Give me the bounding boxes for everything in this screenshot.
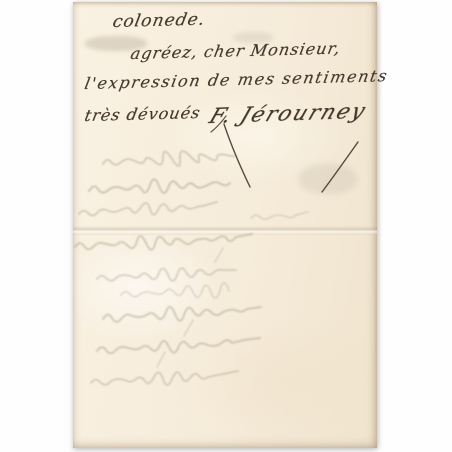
handwriting-line-1: colonede. (111, 10, 207, 32)
bleedthrough-descender (184, 320, 193, 336)
bleedthrough-line (79, 202, 217, 216)
fold-crease (73, 226, 377, 235)
bleedthrough-line (103, 307, 261, 322)
letter-paper: colonede. agréez, cher Monsieur, l'expre… (73, 2, 377, 448)
bleedthrough-line (89, 179, 230, 193)
handwriting-line-2: agréez, cher Monsieur, (129, 39, 342, 63)
bleedthrough-line (75, 234, 252, 250)
bleedthrough-line (121, 283, 229, 298)
bleedthrough-descender (215, 248, 223, 262)
bleedthrough-line (91, 371, 238, 385)
signature-flourish-stroke (224, 124, 250, 187)
bleedthrough-line (251, 212, 308, 219)
bleedthrough-line (103, 151, 234, 166)
bleedthrough-descender (157, 352, 165, 367)
signature: F. Jérourney (206, 99, 370, 128)
handwriting-line-4: très dévoués (83, 103, 202, 125)
bleedthrough-line (97, 268, 236, 281)
bleedthrough-smudge (299, 164, 357, 194)
letter-photograph: colonede. agréez, cher Monsieur, l'expre… (0, 0, 452, 452)
bleedthrough-line (97, 338, 260, 353)
handwriting-line-3: l'expression de mes sentiments (83, 66, 390, 93)
bleedthrough-lines (75, 151, 308, 385)
